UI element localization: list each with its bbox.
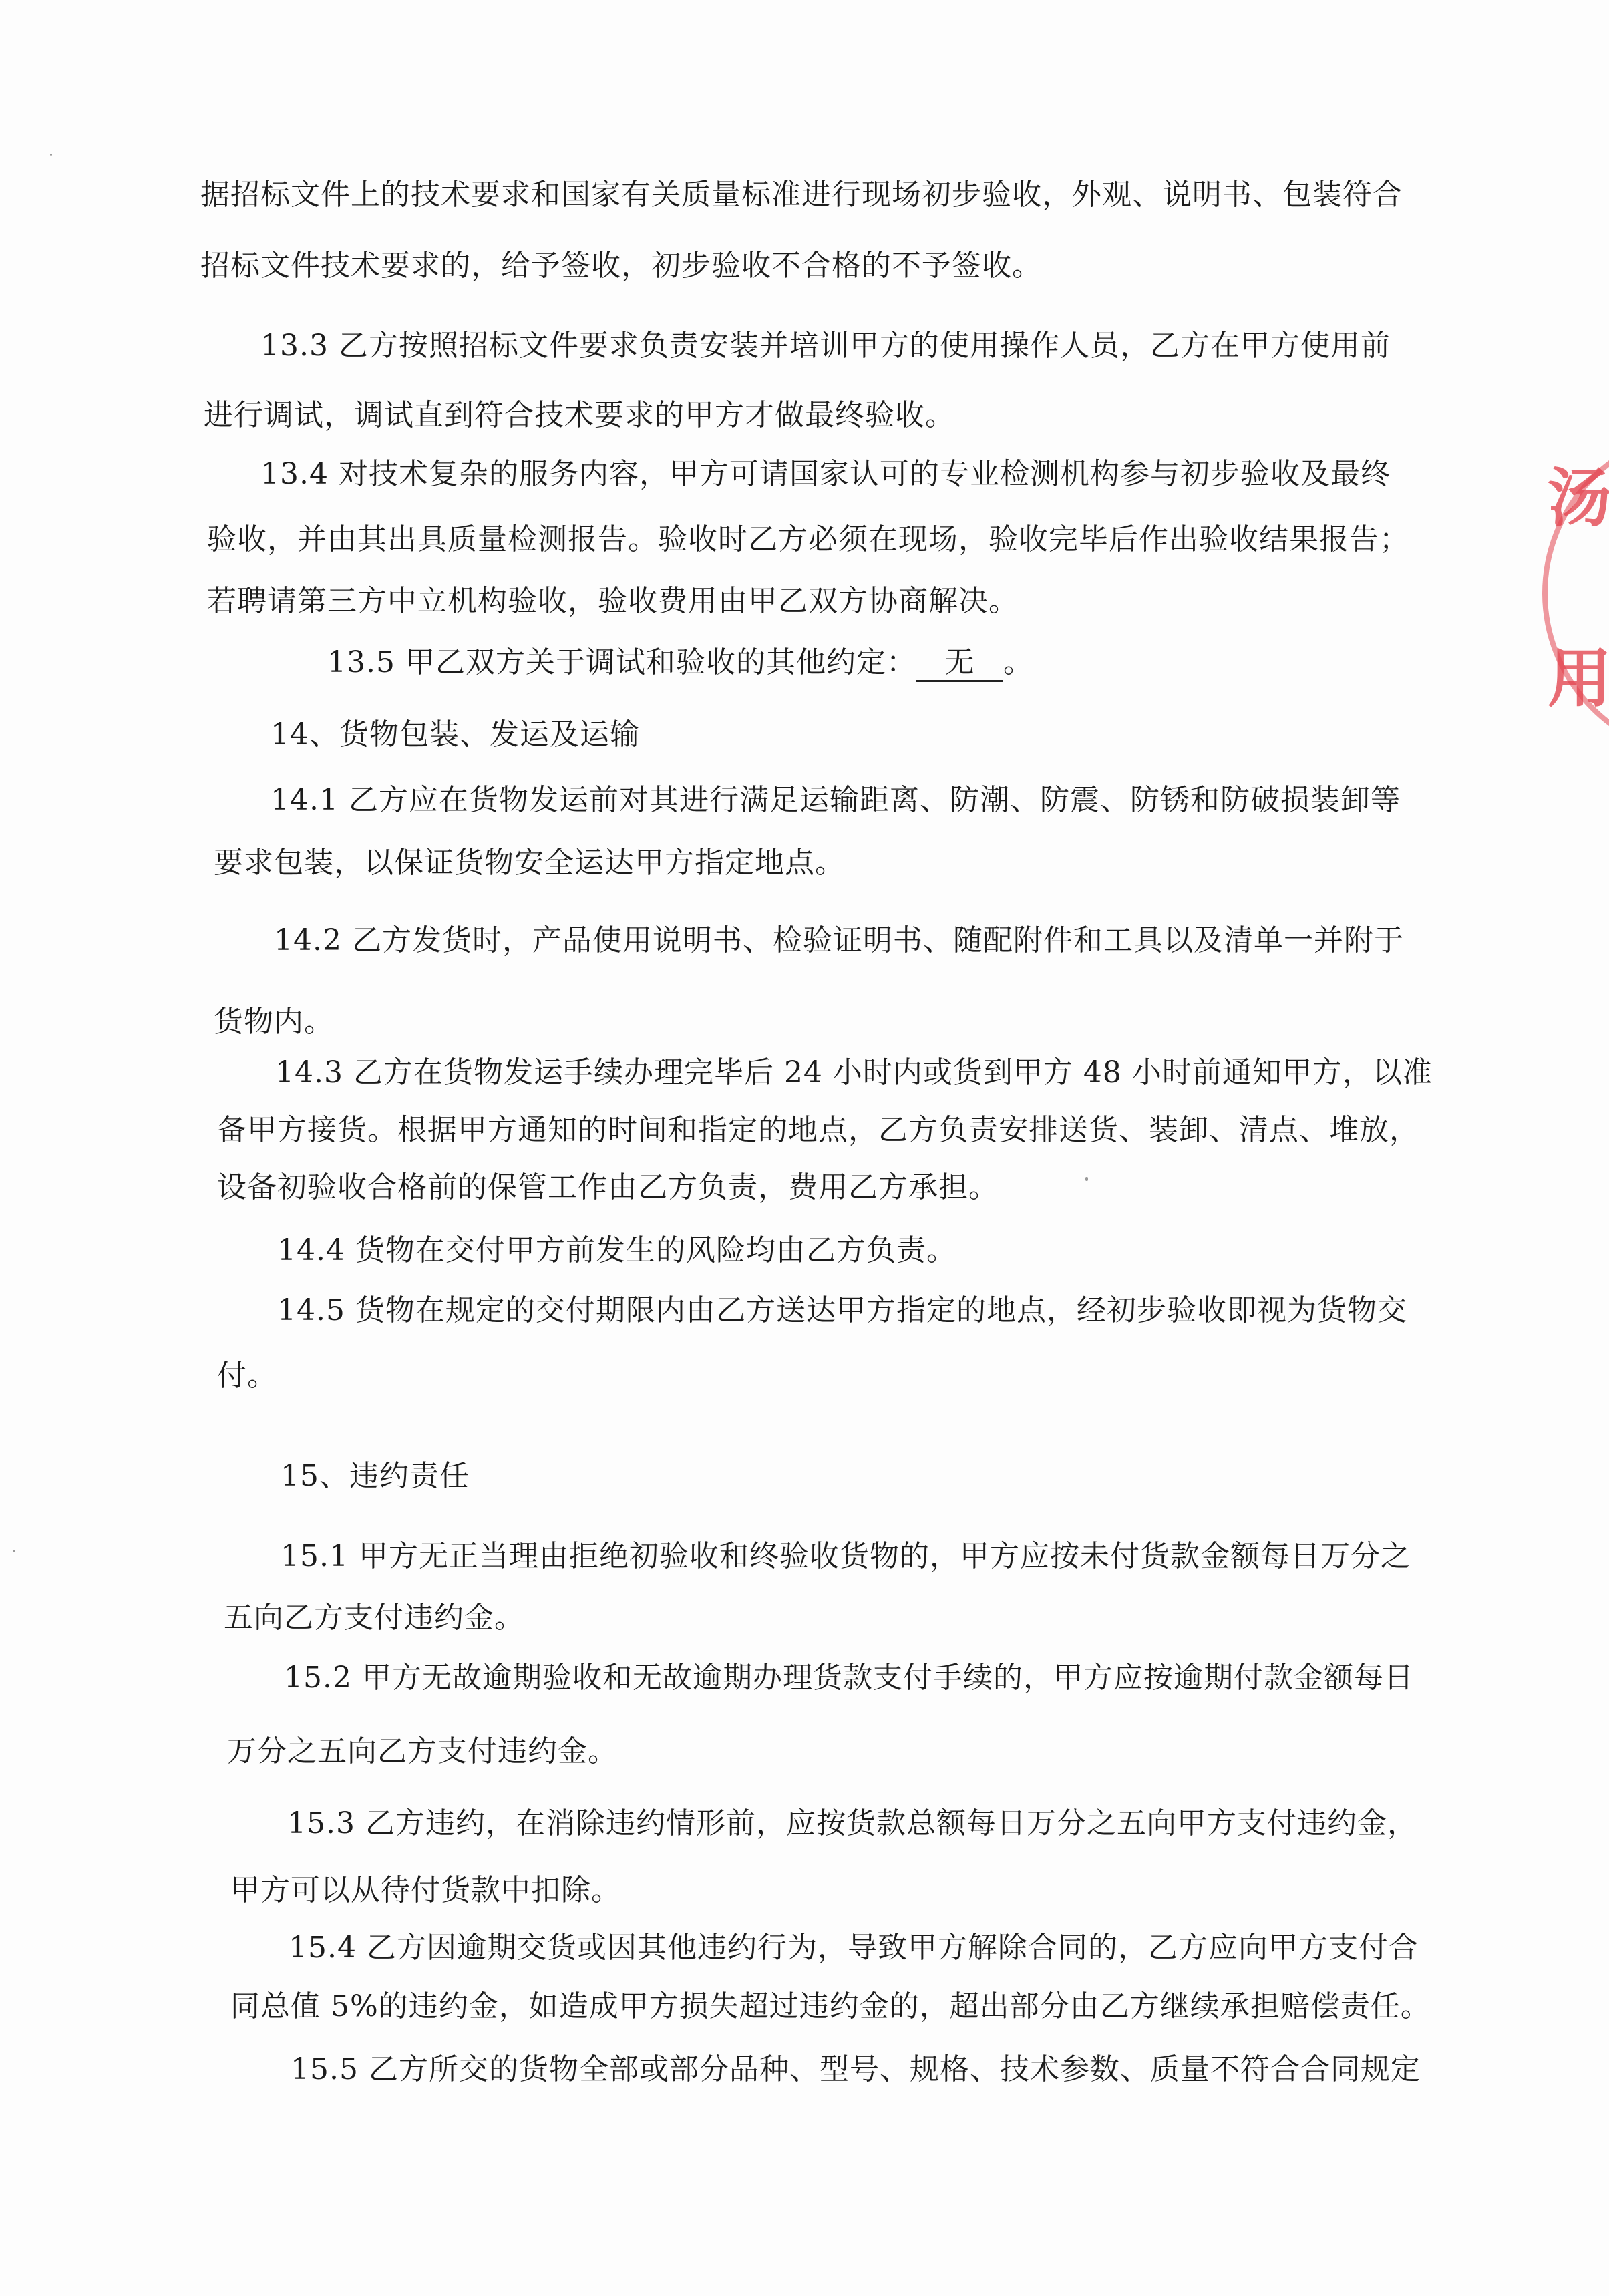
text-line: 验收，并由其出具质量检测报告。验收时乙方必须在现场，验收完毕后作出验收结果报告；: [207, 520, 1409, 560]
fill-in-blank-value: 无: [916, 645, 1003, 682]
clause-15-2: 15.2 甲方无故逾期验收和无故逾期办理货款支付手续的，甲方应按逾期付款金额每日: [284, 1658, 1414, 1698]
clause-15-5: 15.5 乙方所交的货物全部或部分品种、型号、规格、技术参数、质量不符合合同规定: [291, 2049, 1421, 2090]
text-line: 若聘请第三方中立机构验收，验收费用由甲乙双方协商解决。: [207, 581, 1019, 621]
clause-14-4: 14.4 货物在交付甲方前发生的风险均由乙方负责。: [277, 1231, 956, 1271]
text-line: 付。: [217, 1356, 277, 1396]
clause-15-4: 15.4 乙方因逾期交货或因其他违约行为，导致甲方解除合同的，乙方应向甲方支付合: [289, 1928, 1419, 1968]
scanned-document-page: 据招标文件上的技术要求和国家有关质量标准进行现场初步验收，外观、说明书、包装符合…: [0, 0, 1609, 2296]
text-line: 同总值 5%的违约金，如造成甲方损失超过违约金的，超出部分由乙方继续承担赔偿责任…: [230, 1987, 1431, 2027]
clause-14-5: 14.5 货物在规定的交付期限内由乙方送达甲方指定的地点，经初步验收即视为货物交: [277, 1291, 1407, 1331]
section-heading-14: 14、货物包装、发运及运输: [271, 715, 640, 755]
text-line: 进行调试，调试直到符合技术要求的甲方才做最终验收。: [204, 395, 955, 436]
text-line: 货物内。: [214, 1002, 334, 1042]
clause-15-1: 15.1 甲方无正当理由拒绝初验收和终验收货物的，甲方应按未付货款金额每日万分之: [281, 1536, 1411, 1577]
text-line: 据招标文件上的技术要求和国家有关质量标准进行现场初步验收，外观、说明书、包装符合: [200, 175, 1403, 215]
section-heading-15: 15、违约责任: [281, 1456, 470, 1496]
text-line: 万分之五向乙方支付违约金。: [227, 1732, 618, 1772]
clause-15-3: 15.3 乙方违约，在消除违约情形前，应按货款总额每日万分之五向甲方支付违约金，: [287, 1804, 1417, 1844]
seal-char: 用: [1548, 628, 1609, 719]
clause-13-5-suffix: 。: [1003, 645, 1033, 679]
text-line: 招标文件技术要求的，给予签收，初步验收不合格的不予签收。: [200, 246, 1042, 286]
clause-14-2: 14.2 乙方发货时，产品使用说明书、检验证明书、随配附件和工具以及清单一并附于: [274, 921, 1404, 961]
clause-13-5-label: 13.5 甲乙双方关于调试和验收的其他约定：: [327, 645, 916, 679]
text-line: 备甲方接货。根据甲方通知的时间和指定的地点，乙方负责安排送货、装卸、清点、堆放，: [217, 1110, 1419, 1150]
clause-14-1: 14.1 乙方应在货物发运前对其进行满足运输距离、防潮、防震、防锈和防破损装卸等: [271, 780, 1401, 820]
seal-char: 汤: [1548, 448, 1609, 539]
clause-13-5: 13.5 甲乙双方关于调试和验收的其他约定：无。: [327, 643, 1033, 683]
text-line: 要求包装，以保证货物安全运达甲方指定地点。: [214, 843, 845, 883]
scan-speck: [1085, 1177, 1088, 1181]
clause-13-4: 13.4 对技术复杂的服务内容，甲方可请国家认可的专业检测机构参与初步验收及最终: [260, 454, 1391, 494]
scan-speck: [50, 154, 52, 156]
official-seal-partial: 汤 用: [1536, 428, 1609, 762]
clause-13-3: 13.3 乙方按照招标文件要求负责安装并培训甲方的使用操作人员，乙方在甲方使用前: [260, 326, 1391, 366]
text-line: 设备初验收合格前的保管工作由乙方负责，费用乙方承担。: [217, 1168, 999, 1208]
text-line: 甲方可以从待付货款中扣除。: [230, 1870, 621, 1911]
clause-14-3: 14.3 乙方在货物发运手续办理完毕后 24 小时内或货到甲方 48 小时前通知…: [275, 1053, 1433, 1093]
scan-speck: [13, 1550, 15, 1552]
text-line: 五向乙方支付违约金。: [224, 1598, 524, 1638]
